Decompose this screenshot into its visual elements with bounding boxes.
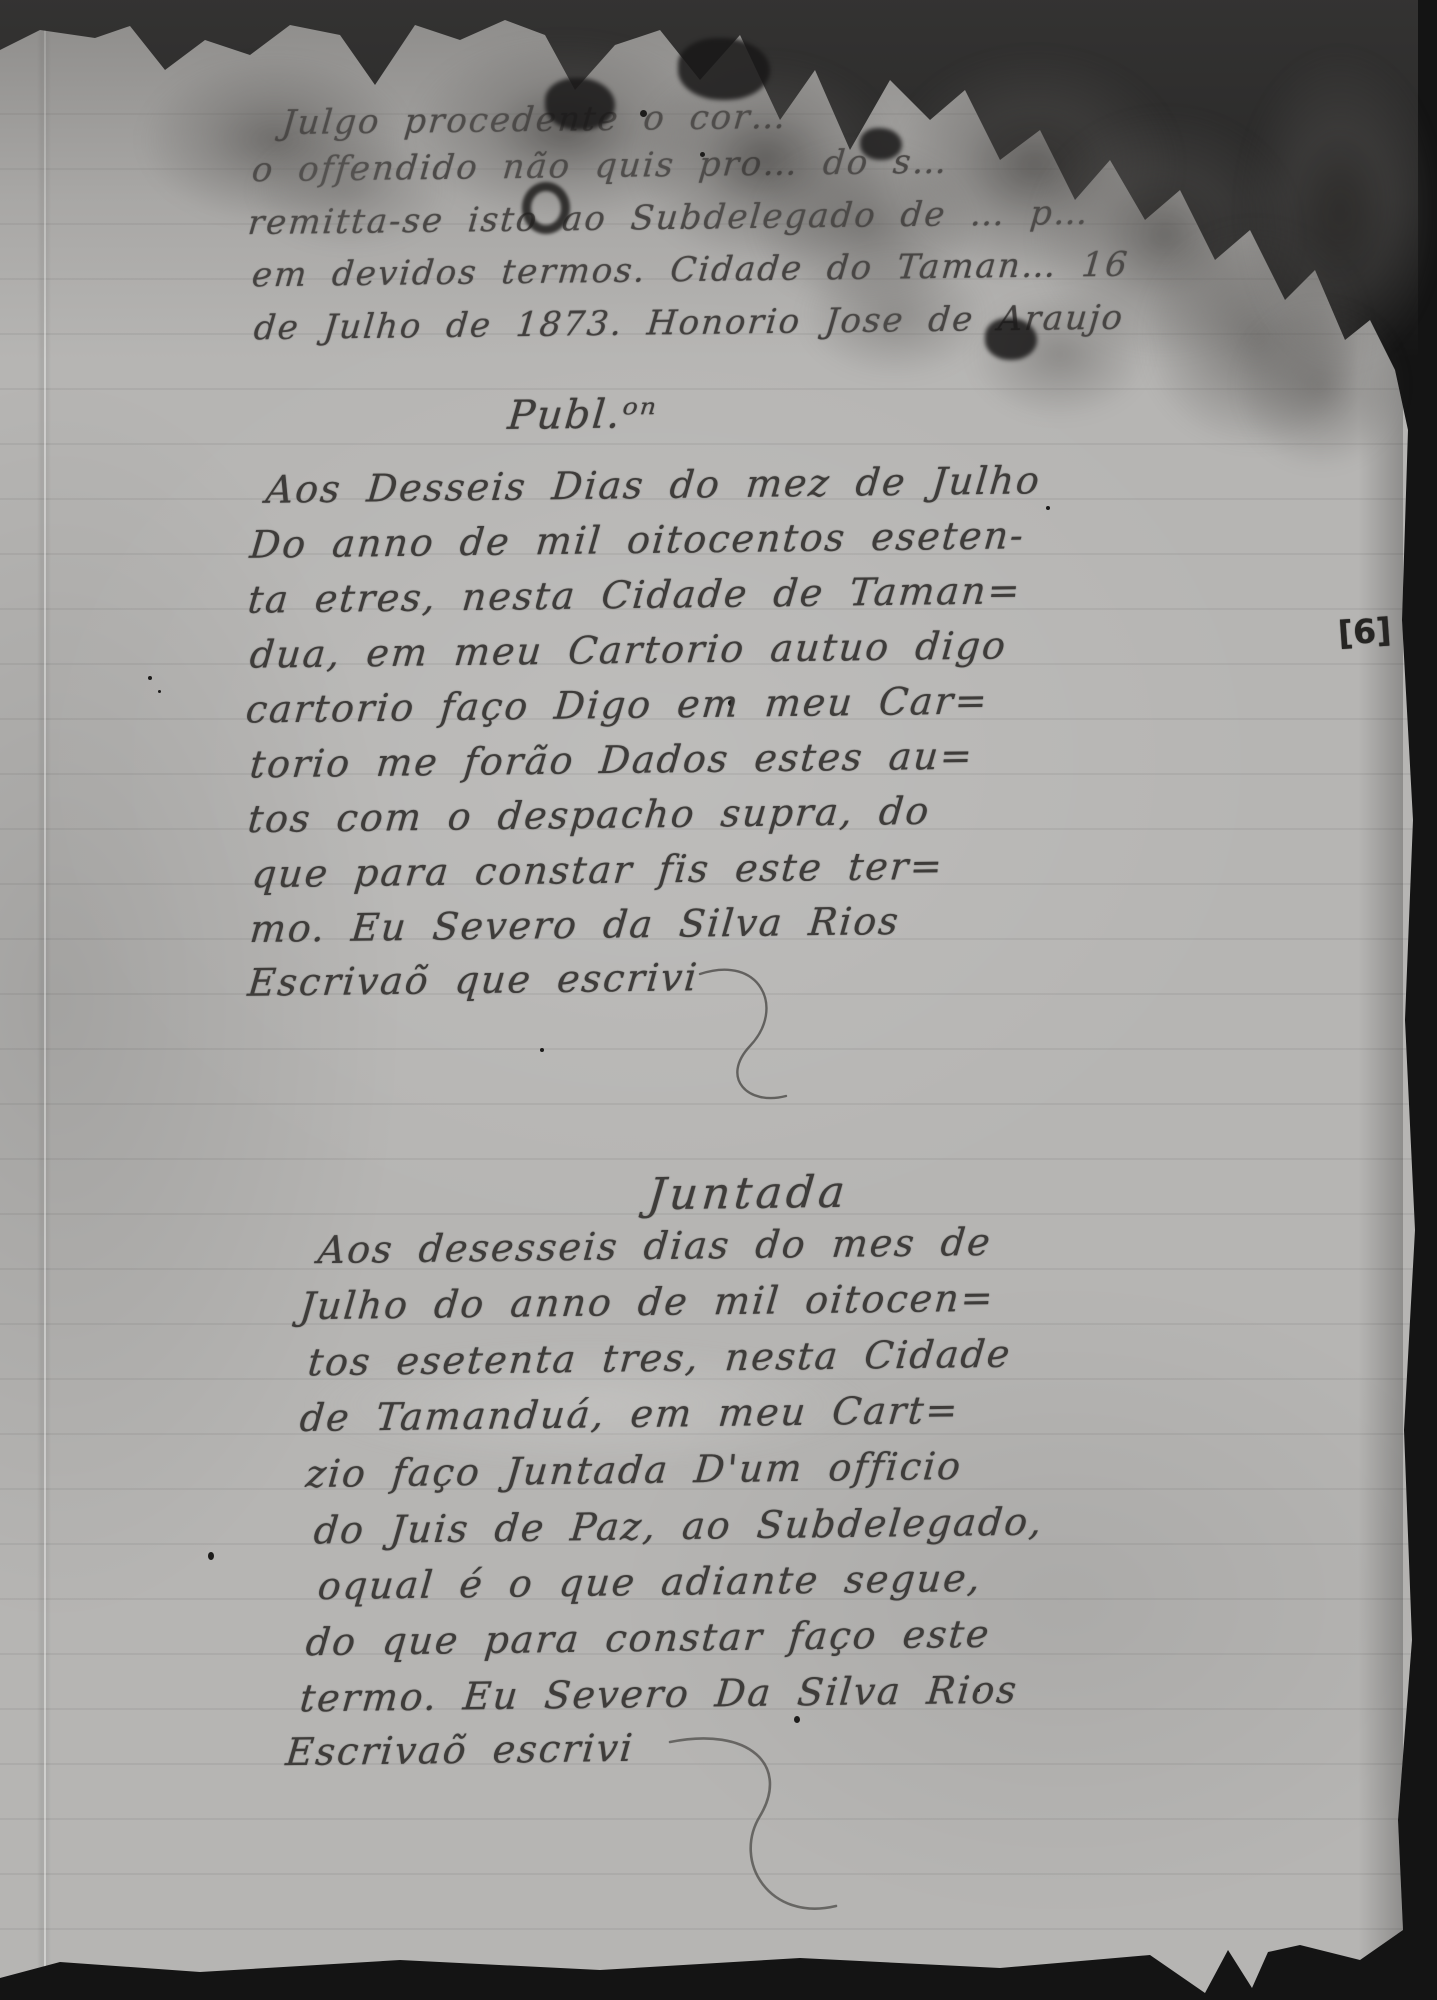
manuscript-line: Aos desesseis dias do mes de — [316, 1220, 994, 1272]
manuscript-line: Escrivaõ que escrivi — [246, 955, 701, 1005]
section-heading-juntada: Juntada — [646, 1167, 851, 1221]
manuscript-line: dua, em meu Cartorio autuo digo — [248, 623, 1009, 676]
manuscript-line: do Juis de Paz, ao Subdelegado, — [312, 1500, 1046, 1553]
manuscript-line: mo. Eu Severo da Silva Rios — [248, 899, 902, 951]
section-heading-publicacao: Publ.ᵒⁿ — [506, 391, 660, 439]
manuscript-line: tos com o despacho supra, do — [246, 789, 932, 841]
manuscript-line: zio faço Juntada D'um officio — [304, 1444, 964, 1496]
manuscript-line: o offendido não quis pro… do s… — [250, 142, 950, 191]
manuscript-line: oqual é o que adiante segue, — [316, 1556, 984, 1608]
manuscript-line: de Tamanduá, em meu Cart= — [298, 1388, 961, 1440]
manuscript-line: torio me forão Dados estes au= — [248, 734, 976, 787]
right-edge-shadow — [1358, 300, 1403, 1980]
page-number-marker: [6] — [1337, 610, 1393, 653]
scanned-manuscript-page: Julgo procedente o cor… o offendido não … — [0, 0, 1437, 2000]
manuscript-line: Julgo procedente o cor… — [280, 97, 789, 143]
manuscript-line: Escrivaõ escrivi — [284, 1726, 636, 1774]
manuscript-line: Julho do anno de mil oitocen= — [298, 1276, 997, 1329]
paper-fold-line — [44, 30, 46, 1975]
manuscript-line: cartorio faço Digo em meu Car= — [244, 678, 991, 731]
manuscript-line: termo. Eu Severo Da Silva Rios — [298, 1668, 1020, 1721]
manuscript-line: do que para constar faço este — [304, 1612, 993, 1664]
manuscript-line: que para constar fis este ter= — [250, 844, 946, 897]
manuscript-line: tos esetenta tres, nesta Cidade — [306, 1332, 1014, 1385]
